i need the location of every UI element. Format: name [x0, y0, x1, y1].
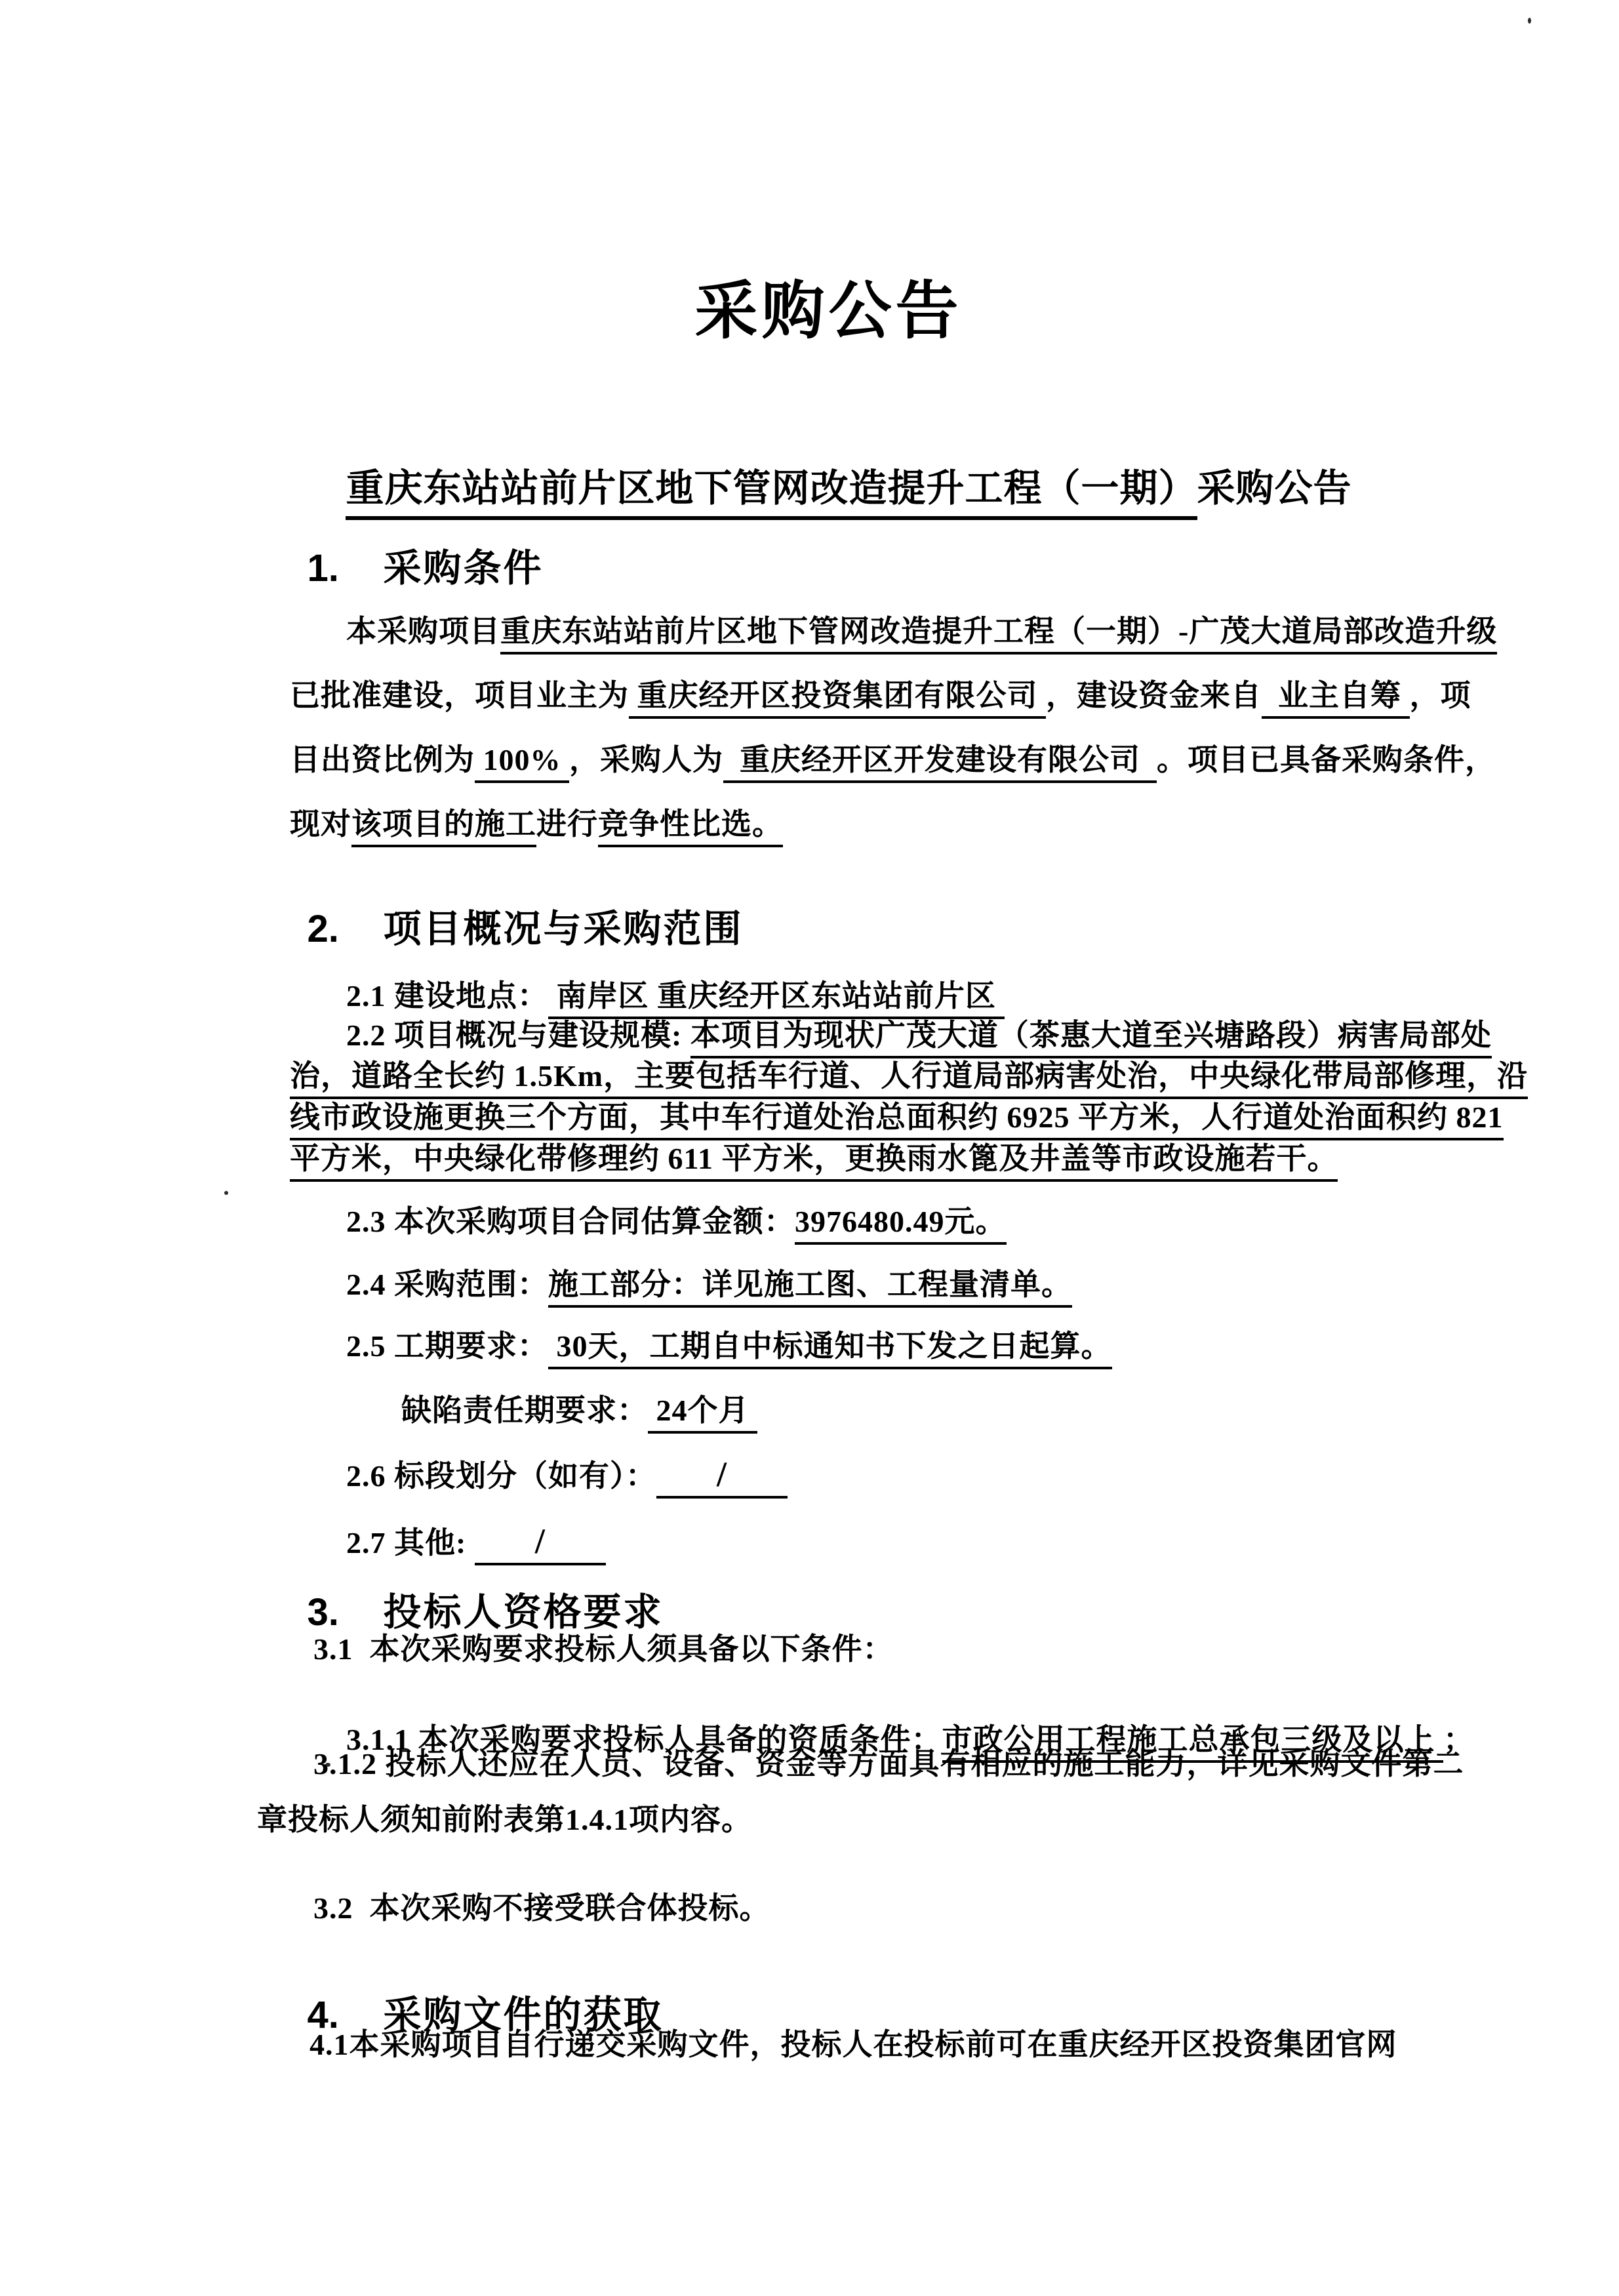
subtitle-suffix: 采购公告: [1197, 467, 1352, 510]
section-4-heading: 4.采购文件的获取: [257, 1946, 663, 2084]
scan-speck: [224, 1191, 228, 1195]
item-3-2: 3.2 本次采购不接受联合体投标。: [313, 1890, 770, 1926]
scan-speck: [1528, 18, 1531, 24]
item-4-1: 4.1本采购项目自行递交采购文件，投标人在投标前可在重庆经开区投资集团官网: [310, 2026, 1397, 2063]
item-3-1-2-line-1: 3.1.2 投标人还应在人员、设备、资金等方面具有相应的施工能力，详见采购文件第…: [313, 1746, 1464, 1782]
s1-l4-scope: 该项目的施工: [351, 807, 536, 847]
item-3-1: 3.1 本次采购要求投标人须具备以下条件：: [313, 1631, 894, 1667]
s1-l3-purchaser: 重庆经开区开发建设有限公司: [723, 743, 1157, 783]
section-3-number: 3.: [307, 1590, 383, 1636]
s1-l3-plain-3: 。项目已具备采购条件，: [1157, 743, 1496, 776]
s1-l4-plain-2: 进行: [536, 807, 598, 841]
document-title: 采购公告: [257, 261, 1400, 351]
s1-l4-plain-1: 现对: [290, 807, 351, 841]
item-3-1-2-line-2: 章投标人须知前附表第1.4.1项内容。: [257, 1802, 752, 1838]
s1-l4-method: 竞争性比选。: [598, 807, 783, 847]
section-3-title: 投标人资格要求: [383, 1591, 663, 1634]
item-2-6-blank-slash: /: [656, 1457, 788, 1498]
document-page: 采购公告 重庆东站站前片区地下管网改造提升工程（一期）采购公告 1.采购条件 本…: [0, 0, 1619, 2296]
